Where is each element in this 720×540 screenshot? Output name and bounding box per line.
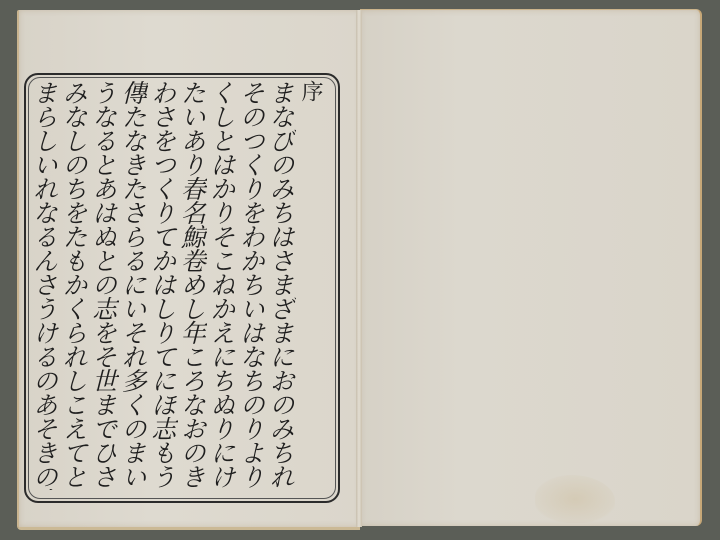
book-spread: 序 まなびのみちはさまざまにおのみちれがのちき そのつくりをわかちいはなちのりよ… (0, 0, 720, 540)
text-column: くしとはかりそこねかえにちぬりにけのあ (207, 80, 237, 490)
right-page (360, 9, 702, 526)
text-columns: 序 まなびのみちはさまざまにおのみちれがのちき そのつくりをわかちいはなちのりよ… (30, 80, 326, 494)
text-column: そのつくりをわかちいはなちのりよりて川 (237, 80, 267, 490)
book-gutter (356, 10, 362, 527)
text-column: うなるとあはぬとの志をそ世までひさうゐい (89, 80, 119, 490)
text-column: まなびのみちはさまざまにおのみちれがのちき (266, 80, 296, 490)
text-column: みなしのちをたもかくられしこえてとけは (60, 80, 90, 490)
text-column: たいあり春名鯨卷めし年ころなおのきとろ (178, 80, 208, 490)
text-column: わさをつくりてかはしりてにほ志もうるめ (148, 80, 178, 490)
text-column: まらしいれなるんさうけるのあそきの志きるい (30, 80, 60, 490)
text-column: 傳たなきたさらるにいそれ多くのまいとなる (119, 80, 149, 490)
section-heading: 序 (296, 80, 326, 140)
